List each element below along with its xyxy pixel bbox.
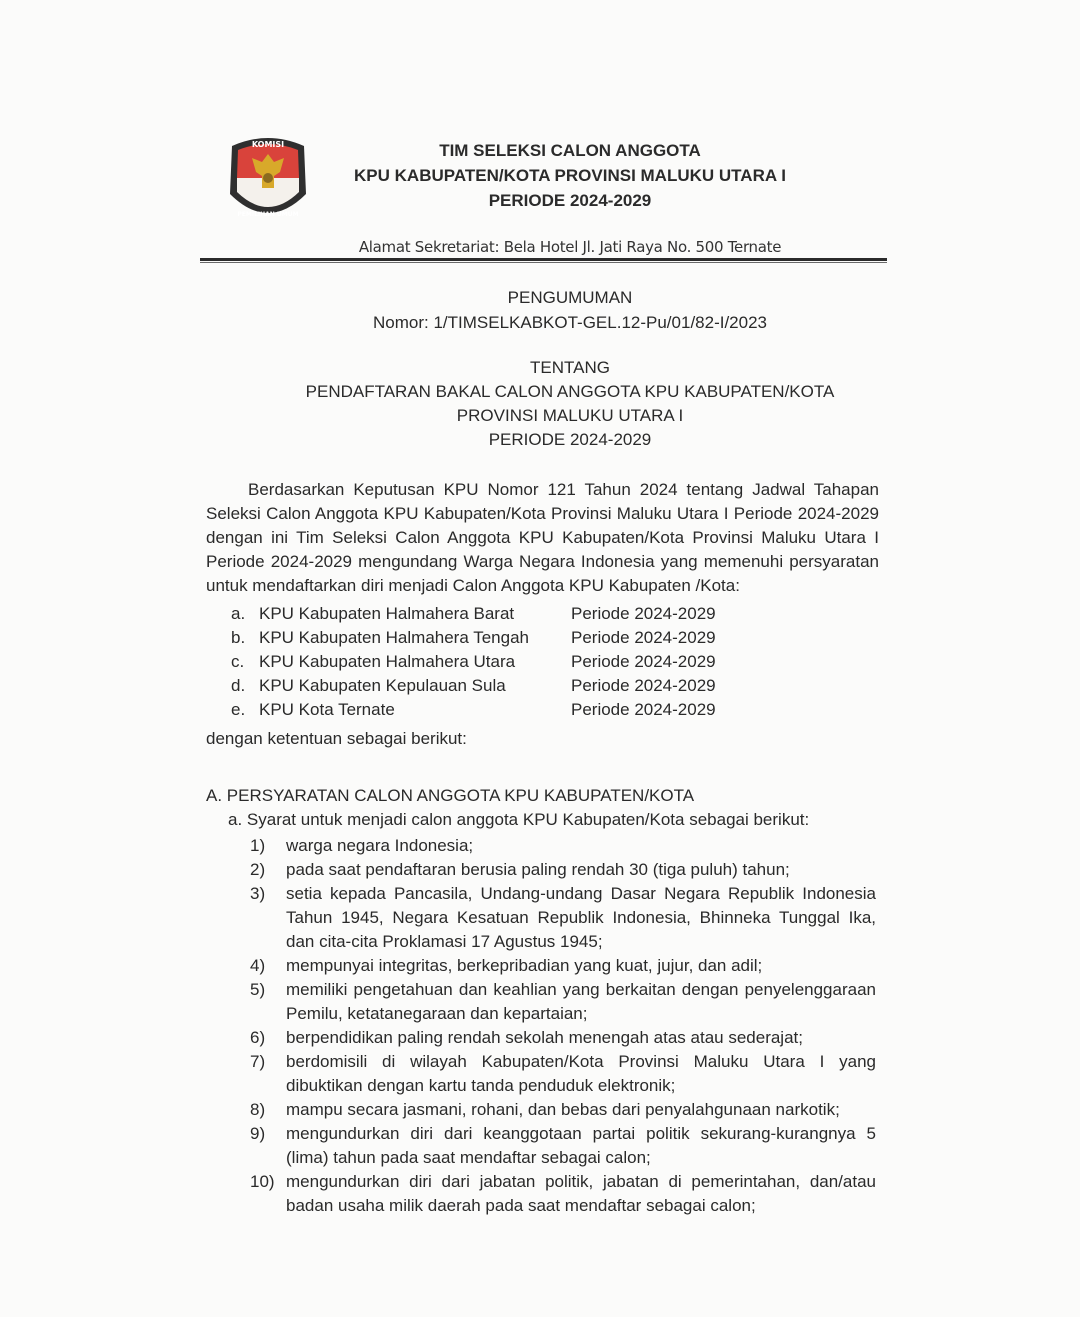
intro-text: Berdasarkan Keputusan KPU Nomor 121 Tahu… [206,478,879,598]
requirements-list: 1)warga negara Indonesia; 2)pada saat pe… [250,834,876,1218]
requirement-item: 5)memiliki pengetahuan dan keahlian yang… [250,978,876,1026]
svg-text:PEMILIHAN UMUM: PEMILIHAN UMUM [237,211,298,218]
kpu-list: a. KPU Kabupaten Halmahera Barat Periode… [231,602,716,722]
list-letter: d. [231,674,259,698]
requirement-number: 3) [250,882,286,954]
kpu-period: Periode 2024-2029 [571,674,716,698]
requirement-text: warga negara Indonesia; [286,834,876,858]
subject-line-3: PERIODE 2024-2029 [200,430,940,450]
requirement-item: 1)warga negara Indonesia; [250,834,876,858]
list-item: c. KPU Kabupaten Halmahera Utara Periode… [231,650,716,674]
intro-paragraph: Berdasarkan Keputusan KPU Nomor 121 Tahu… [206,478,879,598]
list-item: e. KPU Kota Ternate Periode 2024-2029 [231,698,716,722]
requirement-item: 10)mengundurkan diri dari jabatan politi… [250,1170,876,1218]
closing-text: dengan ketentuan sebagai berikut: [206,729,467,749]
letterhead-line-1: TIM SELEKSI CALON ANGGOTA [300,141,840,161]
list-item: d. KPU Kabupaten Kepulauan Sula Periode … [231,674,716,698]
letterhead-line-2: KPU KABUPATEN/KOTA PROVINSI MALUKU UTARA… [330,166,810,186]
announcement-about: TENTANG [200,358,940,378]
requirement-item: 8)mampu secara jasmani, rohani, dan beba… [250,1098,876,1122]
kpu-name: KPU Kabupaten Halmahera Utara [259,650,571,674]
requirement-number: 6) [250,1026,286,1050]
requirement-number: 7) [250,1050,286,1098]
requirement-number: 5) [250,978,286,1026]
requirement-text: memiliki pengetahuan dan keahlian yang b… [286,978,876,1026]
kpu-name: KPU Kota Ternate [259,698,571,722]
list-letter: c. [231,650,259,674]
letterhead-line-3: PERIODE 2024-2029 [300,191,840,211]
list-item: a. KPU Kabupaten Halmahera Barat Periode… [231,602,716,626]
list-item: b. KPU Kabupaten Halmahera Tengah Period… [231,626,716,650]
kpu-period: Periode 2024-2029 [571,626,716,650]
kpu-period: Periode 2024-2029 [571,698,716,722]
requirement-item: 3)setia kepada Pancasila, Undang-undang … [250,882,876,954]
requirement-item: 6)berpendidikan paling rendah sekolah me… [250,1026,876,1050]
requirement-number: 1) [250,834,286,858]
subject-line-2: PROVINSI MALUKU UTARA I [200,406,940,426]
kpu-name: KPU Kabupaten Halmahera Tengah [259,626,571,650]
requirement-number: 8) [250,1098,286,1122]
letterhead-divider-thin [200,262,887,263]
announcement-number: Nomor: 1/TIMSELKABKOT-GEL.12-Pu/01/82-I/… [200,313,940,333]
requirement-text: mengundurkan diri dari jabatan politik, … [286,1170,876,1218]
svg-text:KOMISI: KOMISI [252,140,284,149]
requirement-text: mengundurkan diri dari keanggotaan parta… [286,1122,876,1170]
list-letter: b. [231,626,259,650]
requirement-item: 2)pada saat pendaftaran berusia paling r… [250,858,876,882]
section-a-heading: A. PERSYARATAN CALON ANGGOTA KPU KABUPAT… [206,786,694,806]
list-letter: a. [231,602,259,626]
secretariat-address: Alamat Sekretariat: Bela Hotel Jl. Jati … [200,238,940,256]
requirement-text: berdomisili di wilayah Kabupaten/Kota Pr… [286,1050,876,1098]
requirement-number: 9) [250,1122,286,1170]
letterhead-divider [200,258,887,261]
kpu-period: Periode 2024-2029 [571,650,716,674]
announcement-title: PENGUMUMAN [200,288,940,308]
section-a-subheading: a. Syarat untuk menjadi calon anggota KP… [228,810,809,830]
requirement-text: mampu secara jasmani, rohani, dan bebas … [286,1098,876,1122]
requirement-number: 10) [250,1170,286,1218]
requirement-item: 7)berdomisili di wilayah Kabupaten/Kota … [250,1050,876,1098]
document-page: KOMISI PEMILIHAN UMUM TIM SELEKSI CALON … [0,0,1080,1317]
requirement-text: berpendidikan paling rendah sekolah mene… [286,1026,876,1050]
requirement-item: 4)mempunyai integritas, berkepribadian y… [250,954,876,978]
kpu-period: Periode 2024-2029 [571,602,716,626]
kpu-emblem-icon: KOMISI PEMILIHAN UMUM [226,132,310,226]
requirement-text: setia kepada Pancasila, Undang-undang Da… [286,882,876,954]
requirement-text: pada saat pendaftaran berusia paling ren… [286,858,876,882]
kpu-name: KPU Kabupaten Kepulauan Sula [259,674,571,698]
requirement-number: 4) [250,954,286,978]
requirement-number: 2) [250,858,286,882]
subject-line-1: PENDAFTARAN BAKAL CALON ANGGOTA KPU KABU… [270,382,870,402]
list-letter: e. [231,698,259,722]
kpu-name: KPU Kabupaten Halmahera Barat [259,602,571,626]
requirement-text: mempunyai integritas, berkepribadian yan… [286,954,876,978]
requirement-item: 9)mengundurkan diri dari keanggotaan par… [250,1122,876,1170]
